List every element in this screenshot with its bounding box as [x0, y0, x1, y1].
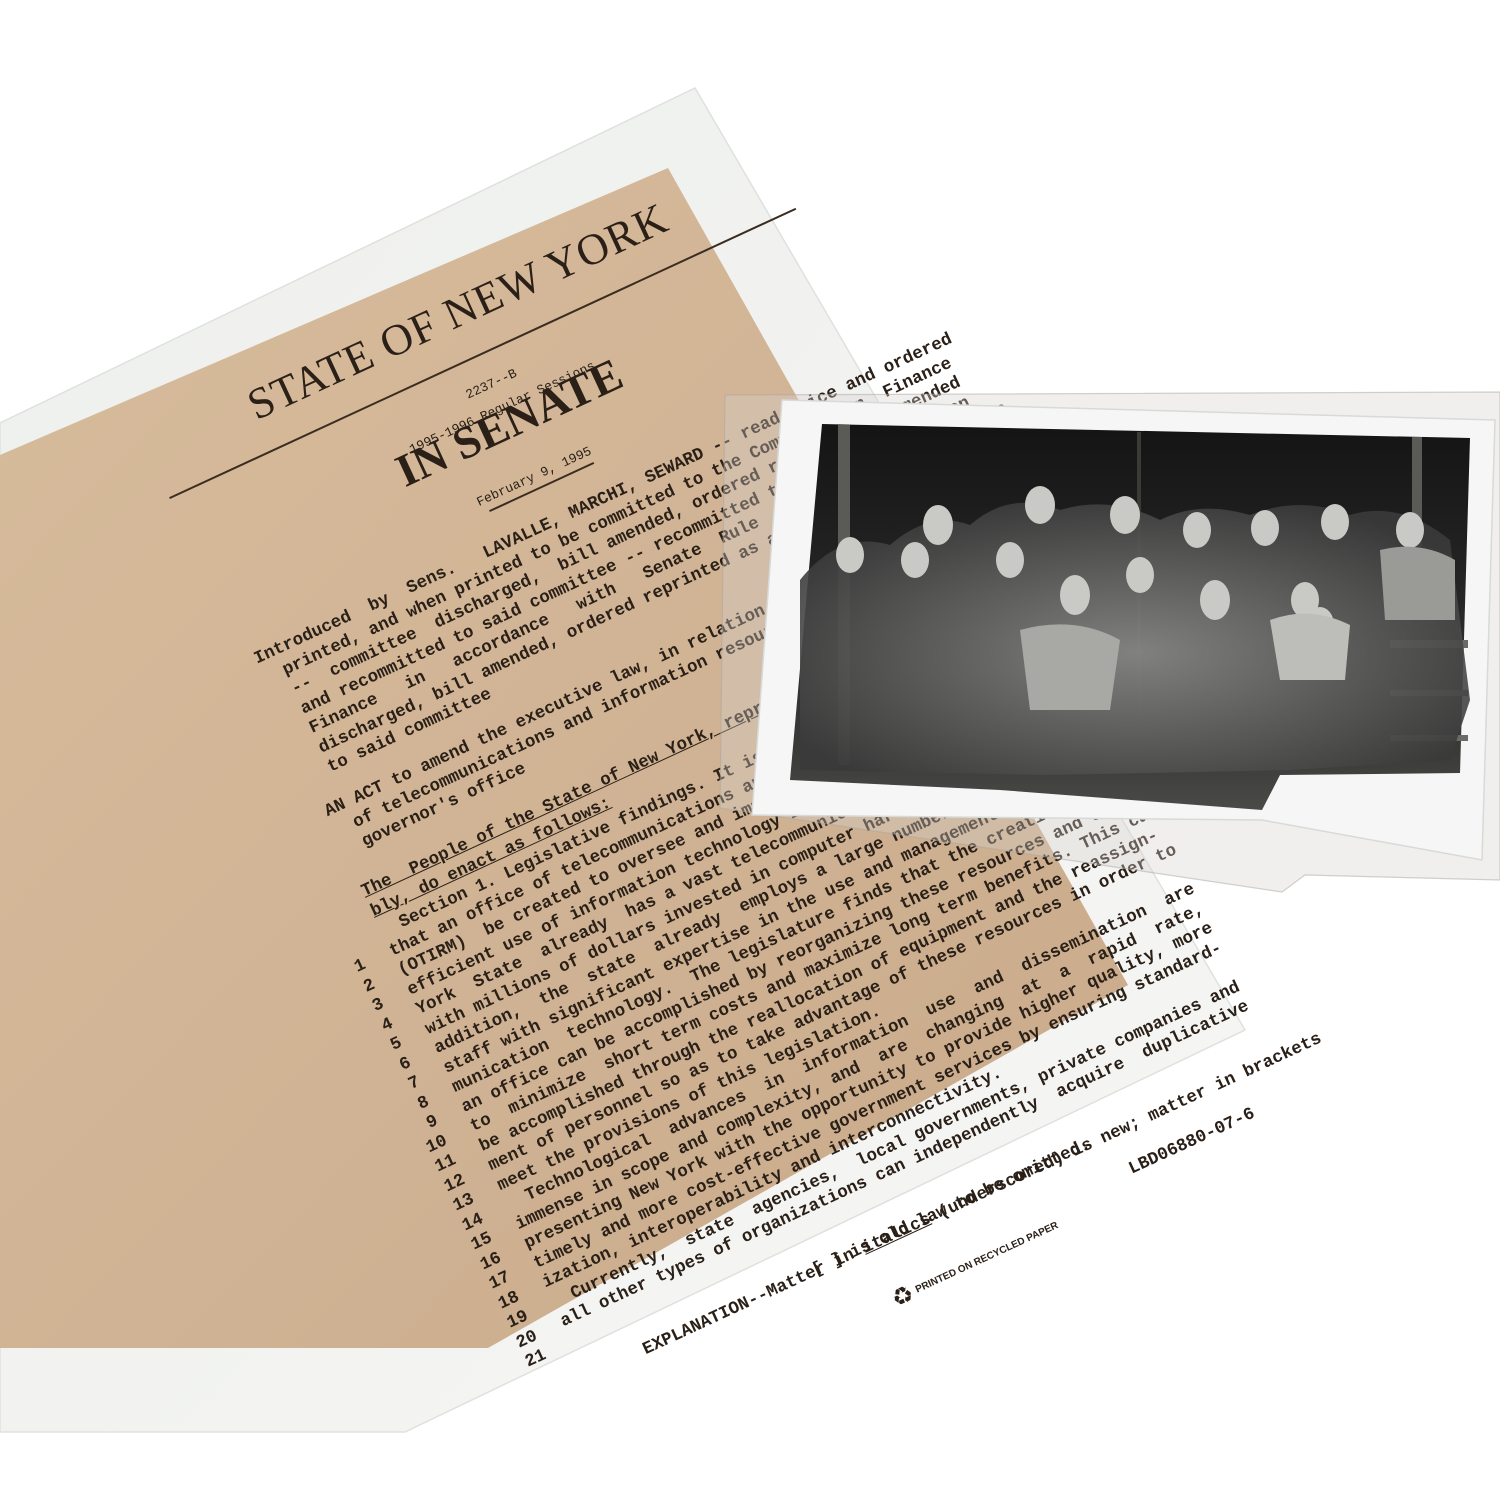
- product-scene: STATE OF NEW YORK 2237--B 1995-1996 Regu…: [0, 0, 1500, 1500]
- photo-sleeve: [0, 0, 1500, 1500]
